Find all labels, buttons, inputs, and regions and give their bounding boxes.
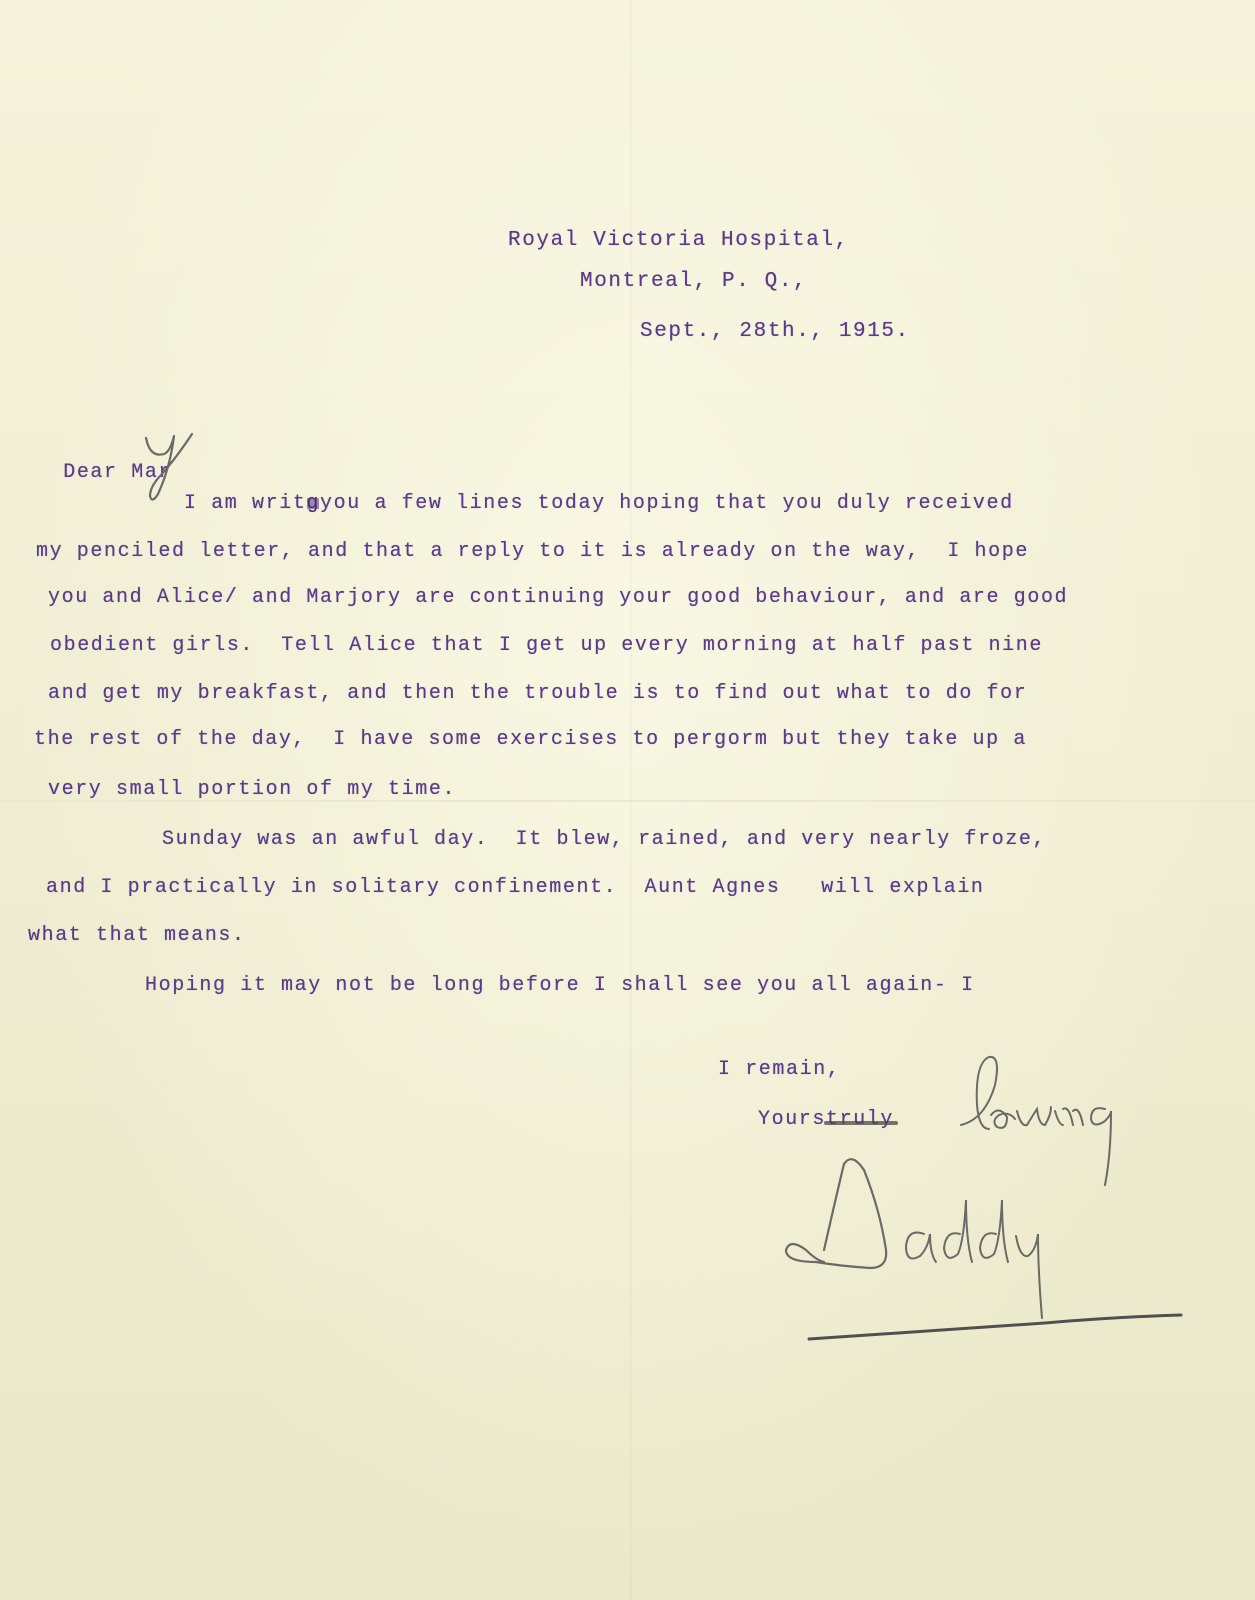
letterhead-line-2: Montreal, P. Q., <box>580 270 807 293</box>
body-line-8: Sunday was an awful day. It blew, rained… <box>162 828 1046 851</box>
body-line-3: you and Alice/ and Marjory are continuin… <box>48 586 1068 609</box>
closing-yours-text: Yours <box>758 1108 826 1131</box>
body-line-1-pre: I am writ <box>184 492 306 515</box>
closing-i-remain: I remain, <box>718 1058 840 1081</box>
letterhead-line-1: Royal Victoria Hospital, <box>508 229 849 252</box>
body-line-7: very small portion of my time. <box>48 778 456 801</box>
pencil-signature-daddy <box>780 1150 1100 1320</box>
signature-underline <box>805 1305 1185 1345</box>
body-line-10: what that means. <box>28 924 246 947</box>
body-line-9: and I practically in solitary confinemen… <box>46 876 985 899</box>
body-line-1: I am writgyou a few lines today hoping t… <box>184 492 1014 515</box>
body-line-6: the rest of the day, I have some exercis… <box>34 728 1027 751</box>
closing-yours: Yourstruly <box>758 1108 894 1131</box>
body-line-5: and get my breakfast, and then the troub… <box>48 682 1027 705</box>
body-line-4: obedient girls. Tell Alice that I get up… <box>50 634 1043 657</box>
body-line-11: Hoping it may not be long before I shall… <box>145 974 975 997</box>
overtyped-character: g <box>306 492 320 515</box>
body-line-1-post: you a few lines today hoping that you du… <box>320 492 1014 515</box>
body-line-2: my penciled letter, and that a reply to … <box>36 540 1029 563</box>
struck-through-word: truly <box>826 1108 894 1131</box>
letter-date: Sept., 28th., 1915. <box>640 320 910 343</box>
